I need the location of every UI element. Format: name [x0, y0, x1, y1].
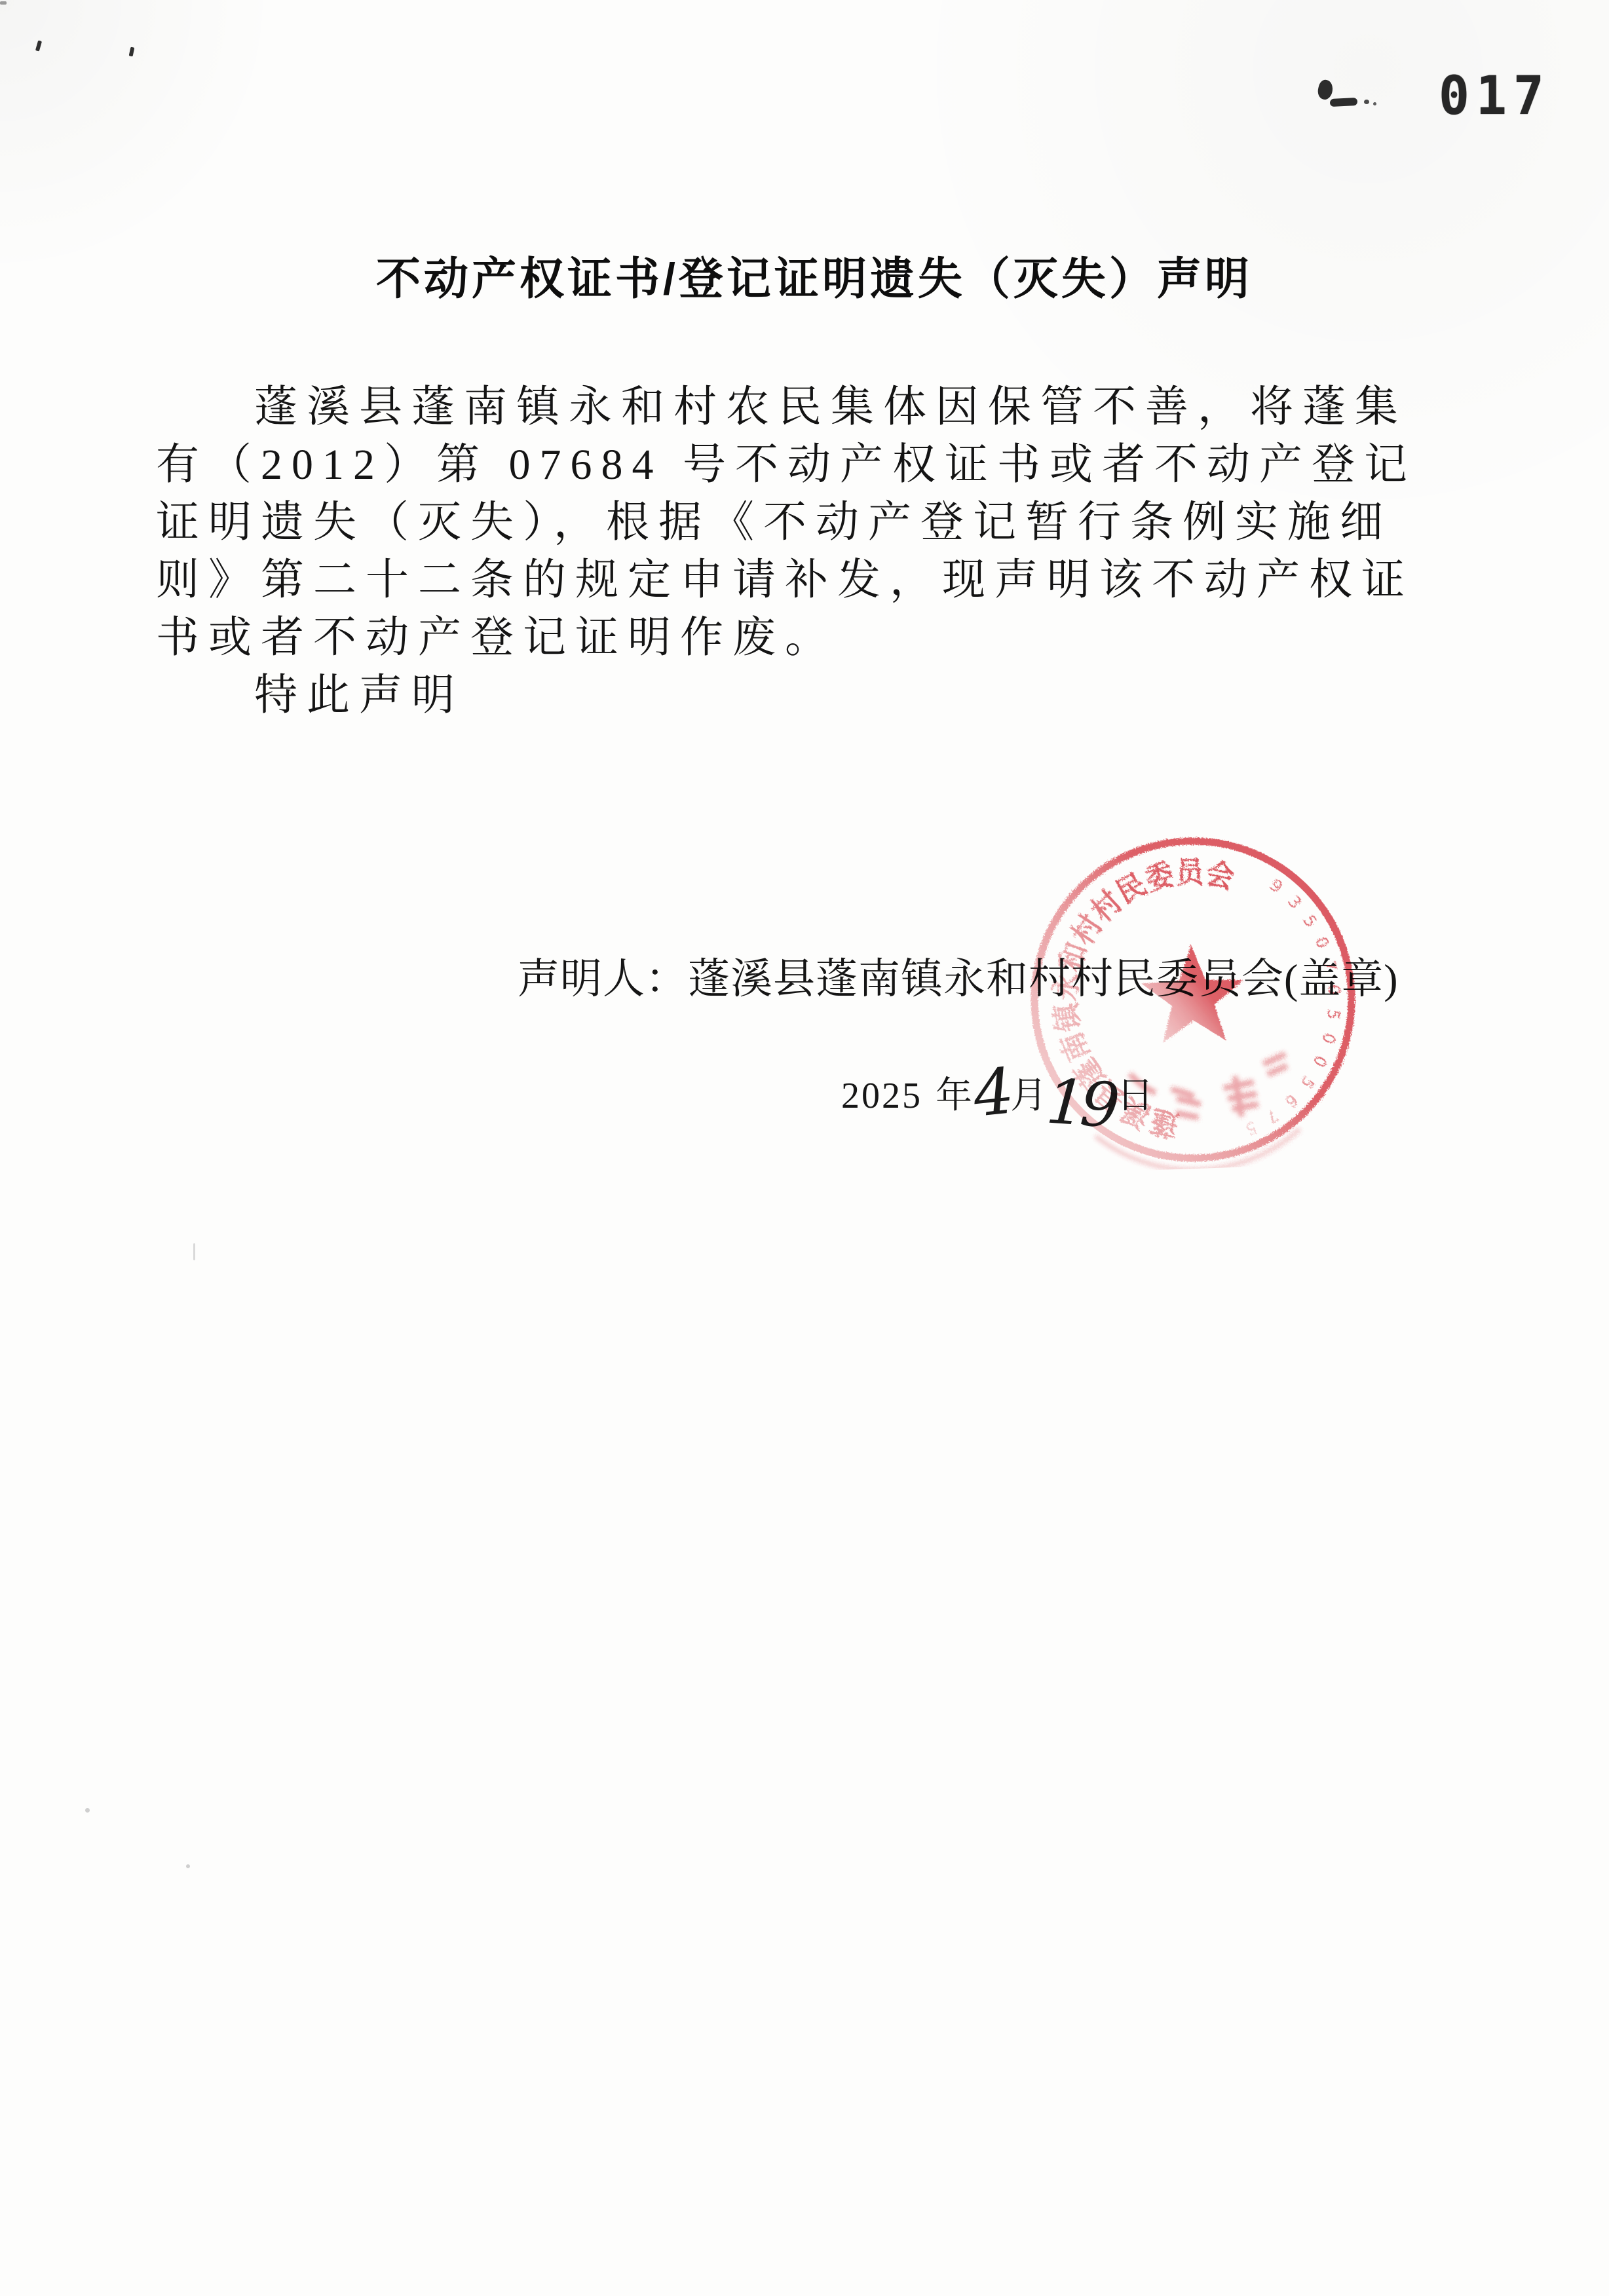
scan-speck [186, 1864, 190, 1868]
scan-speck [0, 1, 7, 5]
seal-graphic: 蓬溪县蓬南镇永和村村民委员会 9350705005675 [1018, 825, 1368, 1175]
seal-star-icon [1140, 943, 1245, 1044]
scan-speck [193, 1243, 195, 1260]
ink-speck [129, 47, 135, 57]
document-page: 017 不动产权证书/登记证明遗失（灭失）声明 蓬溪县蓬南镇永和村农民集体因保管… [0, 0, 1609, 2296]
date-year-label: 年 [936, 1066, 974, 1119]
date-month-handwritten: 4 [974, 1091, 1013, 1095]
body-line: 蓬溪县蓬南镇永和村农民集体因保管不善，将蓬集 [156, 379, 1460, 436]
ink-smudge [1330, 98, 1358, 107]
body-line: 书或者不动产登记证明作废。 [156, 609, 1460, 667]
document-title: 不动产权证书/登记证明遗失（灭失）声明 [376, 255, 1253, 304]
ink-smudge [1364, 100, 1369, 104]
page-number-stamp: 017 [1439, 69, 1551, 122]
body-line: 有（2012）第 07684 号不动产权证书或者不动产登记 [156, 436, 1460, 494]
scan-speck [85, 1808, 90, 1813]
official-seal-stamp: 蓬溪县蓬南镇永和村村民委员会 9350705005675 [1018, 825, 1368, 1175]
date-year: 2025 [841, 1075, 922, 1117]
ink-smudge [1316, 79, 1335, 101]
ink-speck [35, 40, 42, 51]
body-line-closing: 特此声明 [156, 667, 1460, 725]
declaration-body: 蓬溪县蓬南镇永和村农民集体因保管不善，将蓬集 有（2012）第 07684 号不… [156, 379, 1460, 725]
body-line: 证明遗失（灭失），根据《不动产登记暂行条例实施细 [156, 494, 1460, 552]
ink-smudge [1373, 102, 1376, 105]
body-line: 则》第二十二条的规定申请补发，现声明该不动产权证 [156, 552, 1460, 609]
